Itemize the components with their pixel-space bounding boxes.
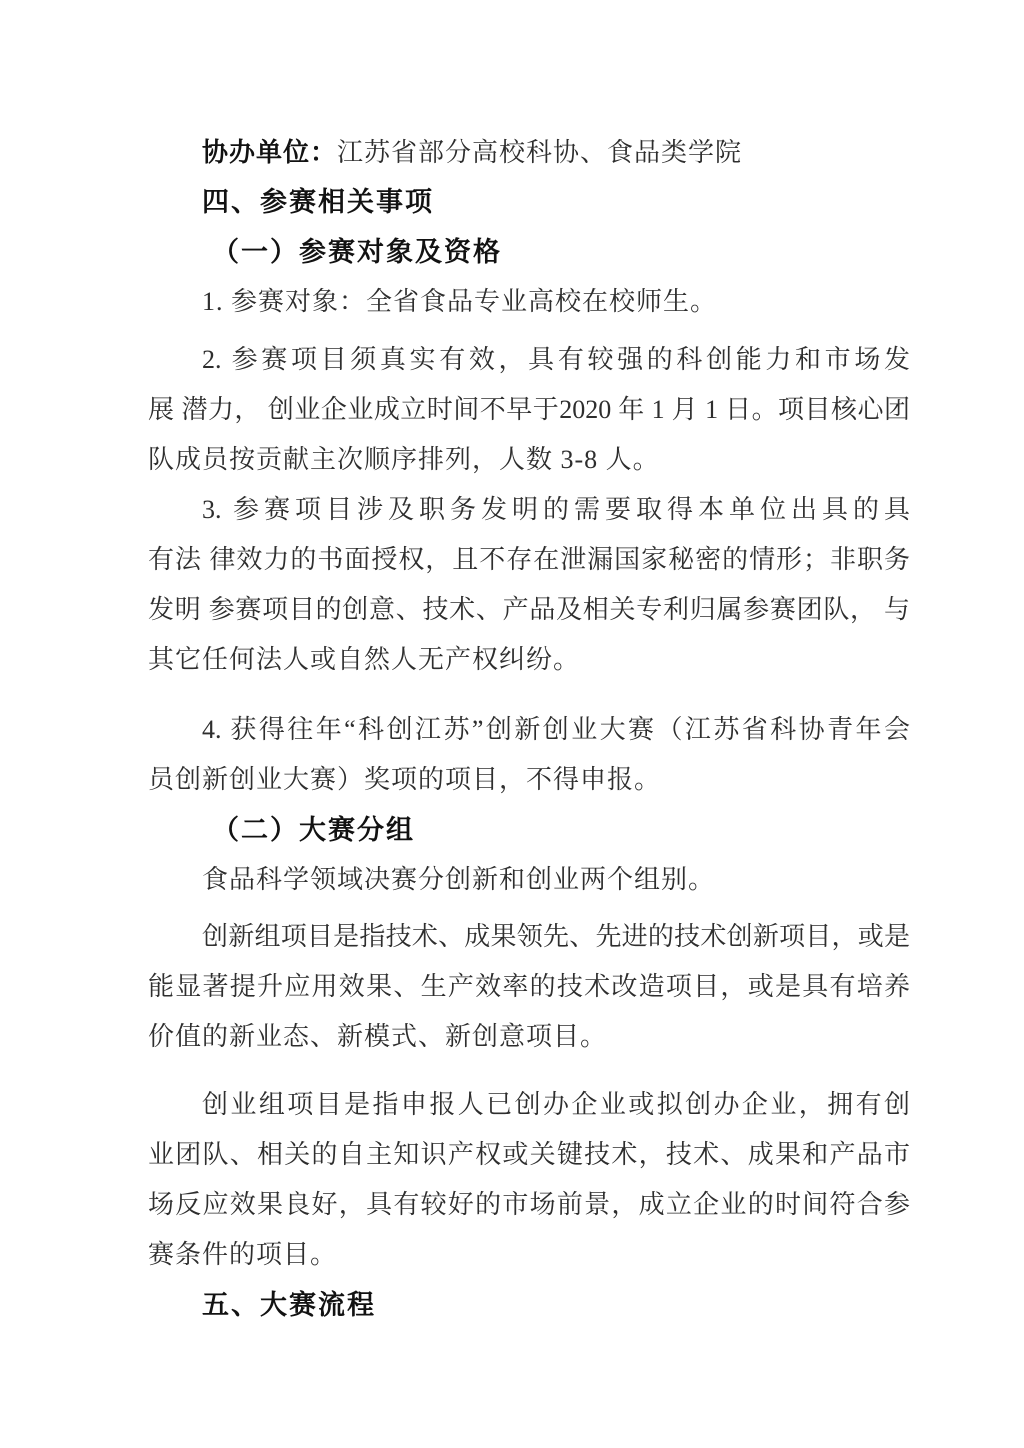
item-4-line-2: 员创新创业大赛）奖项的项目，不得申报。 [148, 755, 910, 805]
startup-group-line-2: 业团队、相关的自主知识产权或关键技术，技术、成果和产品市 [148, 1130, 910, 1180]
item-3-line-3: 发明 参赛项目的创意、技术、产品及相关专利归属参赛团队， 与 [148, 585, 910, 635]
co-organizer-value: 江苏省部分高校科协、食品类学院 [337, 138, 742, 167]
co-organizer-label: 协办单位： [202, 137, 337, 167]
item-4-line-1: 4. 获得往年“科创江苏”创新创业大赛（江苏省科协青年会 [148, 705, 910, 755]
section-4-2-heading: （二）大赛分组 [148, 805, 910, 855]
startup-group-line-1: 创业组项目是指申报人已创办企业或拟创办企业，拥有创 [148, 1080, 910, 1130]
section-5-heading: 五、大赛流程 [148, 1280, 910, 1330]
document-page: 协办单位：江苏省部分高校科协、食品类学院 四、参赛相关事项 （一）参赛对象及资格… [148, 127, 910, 1330]
paragraph-item-2: 2. 参赛项目须真实有效，具有较强的科创能力和市场发 展 潜力， 创业企业成立时… [148, 335, 910, 485]
paragraph-innovation-group: 创新组项目是指技术、成果领先、先进的技术创新项目，或是 能显著提升应用效果、生产… [148, 912, 910, 1062]
item-3-line-2: 有法 律效力的书面授权，且不存在泄漏国家秘密的情形；非职务 [148, 535, 910, 585]
section-4-heading: 四、参赛相关事项 [148, 177, 910, 227]
item-3-line-4: 其它任何法人或自然人无产权纠纷。 [148, 635, 910, 685]
innovation-group-line-2: 能显著提升应用效果、生产效率的技术改造项目，或是具有培养 [148, 962, 910, 1012]
item-1-line: 1. 参赛对象：全省食品专业高校在校师生。 [148, 277, 910, 327]
item-2-line-3: 队成员按贡献主次顺序排列，人数 3-8 人。 [148, 435, 910, 485]
startup-group-line-3: 场反应效果良好，具有较好的市场前景，成立企业的时间符合参 [148, 1180, 910, 1230]
paragraph-startup-group: 创业组项目是指申报人已创办企业或拟创办企业，拥有创 业团队、相关的自主知识产权或… [148, 1080, 910, 1280]
co-organizer-line: 协办单位：江苏省部分高校科协、食品类学院 [148, 127, 910, 177]
innovation-group-line-3: 价值的新业态、新模式、新创意项目。 [148, 1012, 910, 1062]
innovation-group-line-1: 创新组项目是指技术、成果领先、先进的技术创新项目，或是 [148, 912, 910, 962]
item-2-line-2: 展 潜力， 创业企业成立时间不早于2020 年 1 月 1 日。项目核心团 [148, 385, 910, 435]
paragraph-item-3: 3. 参赛项目涉及职务发明的需要取得本单位出具的具 有法 律效力的书面授权，且不… [148, 485, 910, 685]
section-4-1-heading: （一）参赛对象及资格 [148, 227, 910, 277]
item-3-line-1: 3. 参赛项目涉及职务发明的需要取得本单位出具的具 [148, 485, 910, 535]
paragraph-item-4: 4. 获得往年“科创江苏”创新创业大赛（江苏省科协青年会 员创新创业大赛）奖项的… [148, 705, 910, 805]
startup-group-line-4: 赛条件的项目。 [148, 1230, 910, 1280]
item-2-line-1: 2. 参赛项目须真实有效，具有较强的科创能力和市场发 [148, 335, 910, 385]
grouping-intro-line: 食品科学领域决赛分创新和创业两个组别。 [148, 855, 910, 905]
